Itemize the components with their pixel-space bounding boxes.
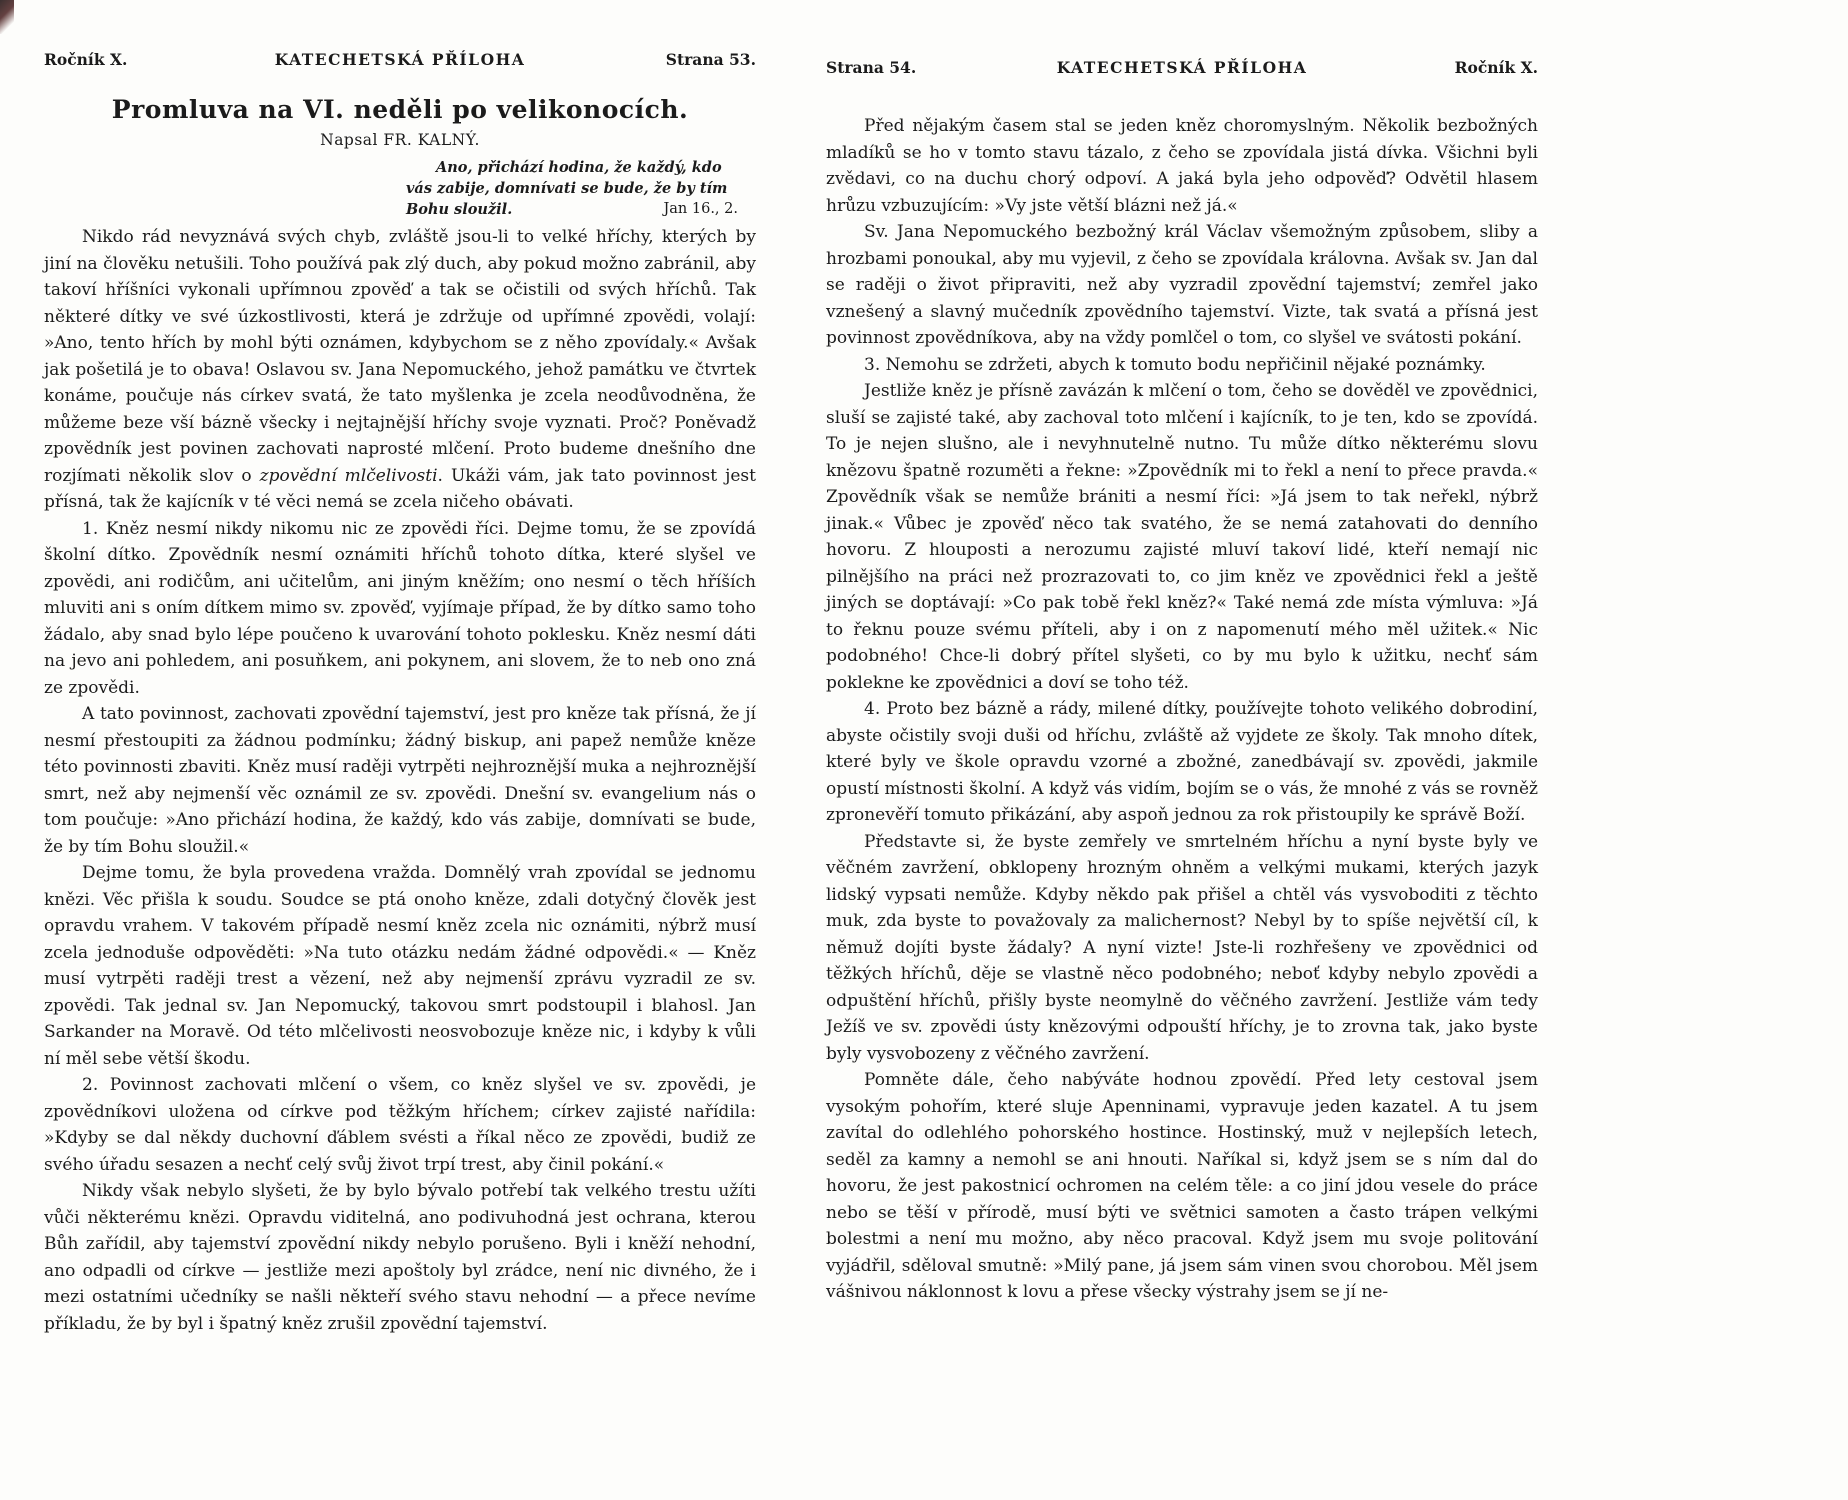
scan-edge-artifact — [0, 0, 14, 34]
epigraph-line: vás zabije, domnívati se bude, že by tím — [406, 178, 738, 199]
left-page-header: Ročník X. KATECHETSKÁ PŘÍLOHA Strana 53. — [44, 50, 756, 69]
paragraph: Pomněte dále, čeho nabýváte hodnou zpově… — [826, 1067, 1538, 1306]
paragraph: A tato povinnost, zachovati zpovědní taj… — [44, 701, 756, 860]
paragraph: 4. Proto bez bázně a rády, milené dítky,… — [826, 696, 1538, 829]
paragraph: Před nějakým časem stal se jeden kněz ch… — [826, 113, 1538, 219]
paragraph: 3. Nemohu se zdržeti, abych k tomuto bod… — [826, 352, 1538, 379]
two-page-spread: Ročník X. KATECHETSKÁ PŘÍLOHA Strana 53.… — [0, 0, 1848, 1337]
journal-title: KATECHETSKÁ PŘÍLOHA — [1004, 58, 1360, 77]
page-number-right: Strana 54. — [826, 58, 1004, 77]
left-page: Ročník X. KATECHETSKÁ PŘÍLOHA Strana 53.… — [44, 0, 756, 1337]
emphasized-text: zpovědní mlčelivosti — [260, 466, 438, 486]
left-page-body: Nikdo rád nevyznává svých chyb, zvláště … — [44, 224, 756, 1337]
article-title: Promluva na VI. neděli po velikonocích. — [44, 95, 756, 124]
paragraph: 1. Kněz nesmí nikdy nikomu nic ze zpověd… — [44, 516, 756, 702]
article-byline: Napsal FR. KALNÝ. — [44, 131, 756, 149]
paragraph: Nikdo rád nevyznává svých chyb, zvláště … — [44, 224, 756, 516]
volume-label: Ročník X. — [1360, 58, 1538, 77]
journal-title: KATECHETSKÁ PŘÍLOHA — [222, 50, 578, 69]
paragraph: Nikdy však nebylo slyšeti, že by bylo bý… — [44, 1178, 756, 1337]
paragraph: Jestliže kněz je přísně zavázán k mlčení… — [826, 378, 1538, 696]
volume-label: Ročník X. — [44, 50, 222, 69]
epigraph-text: Bohu sloužil. — [406, 199, 512, 220]
paragraph: Představte si, že byste zemřely ve smrte… — [826, 829, 1538, 1068]
right-page-body: Před nějakým časem stal se jeden kněz ch… — [826, 113, 1538, 1306]
paragraph: Dejme tomu, že byla provedena vražda. Do… — [44, 860, 756, 1072]
scripture-epigraph: Ano, přichází hodina, že každý, kdo vás … — [406, 157, 738, 220]
epigraph-line: Ano, přichází hodina, že každý, kdo — [406, 157, 738, 178]
page-number-left: Strana 53. — [578, 50, 756, 69]
paragraph: 2. Povinnost zachovati mlčení o všem, co… — [44, 1072, 756, 1178]
scripture-reference: Jan 16., 2. — [663, 199, 738, 220]
paragraph: Sv. Jana Nepomuckého bezbožný král Václa… — [826, 219, 1538, 352]
right-page: Strana 54. KATECHETSKÁ PŘÍLOHA Ročník X.… — [826, 0, 1538, 1306]
right-page-header: Strana 54. KATECHETSKÁ PŘÍLOHA Ročník X. — [826, 58, 1538, 77]
epigraph-line: Bohu sloužil. Jan 16., 2. — [406, 199, 738, 220]
